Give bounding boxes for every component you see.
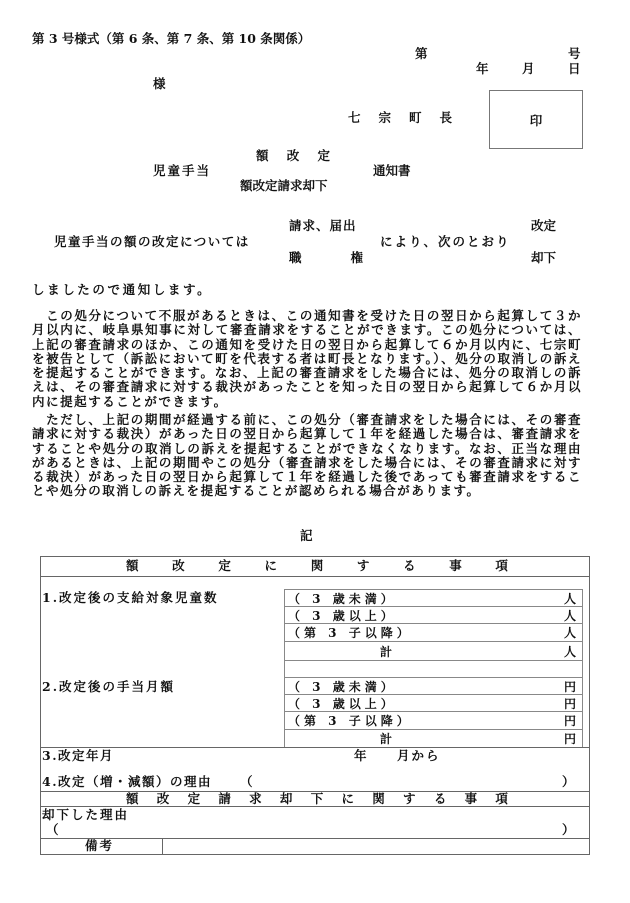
intro-char: 権: [350, 252, 363, 265]
remarks-divider: [162, 838, 163, 855]
title-option-top: 額 改 定: [256, 150, 330, 163]
row-unit: 人: [564, 624, 576, 641]
header-char: 定: [188, 793, 201, 806]
title-char: 改: [287, 150, 300, 163]
row-label: （ 3 歳未満）: [288, 678, 397, 695]
item2-row-under3: （ 3 歳未満） 円: [288, 678, 576, 694]
header-char: 額: [126, 560, 139, 573]
header-char: に: [265, 560, 278, 573]
table-border-left: [40, 556, 41, 855]
appeal-notice-paragraph-1: この処分について不服があるときは、この通知書を受けた日の翌日から起算して３か月以…: [32, 309, 582, 409]
header-char: 却: [280, 793, 293, 806]
title-char: 定: [317, 150, 330, 163]
item1-label: 1.改定後の支給対象児童数: [42, 592, 219, 605]
inner-box-line: [284, 660, 583, 661]
section-header-rejection: 額 改 定 請 求 却 下 に 関 す る 事 項: [126, 793, 508, 806]
appeal-notice-paragraph-2: ただし、上記の期間が経過する前に、この処分（審査請求をした場合には、その審査請求…: [32, 413, 582, 499]
header-char: 額: [126, 793, 139, 806]
table-border-top: [40, 556, 590, 557]
rejection-close-paren: ）: [562, 824, 575, 837]
form-number: 第 3 号様式（第 6 条、第 7 条、第 10 条関係）: [32, 33, 310, 46]
title-left: 児童手当: [153, 165, 211, 178]
header-char: 下: [311, 793, 324, 806]
intro-option-b-top: 改定: [531, 220, 556, 233]
recipient-suffix: 様: [153, 78, 166, 91]
intro-char: 職: [289, 252, 302, 265]
table-divider: [40, 576, 590, 577]
issuer-name: 七 宗 町 長: [348, 112, 452, 125]
date-year: 年: [476, 63, 489, 76]
seal-box: 印: [489, 90, 583, 149]
row-label: （第 3 子以降）: [288, 624, 413, 641]
issuer-char: 町: [409, 112, 422, 125]
row-label: 計: [380, 730, 396, 747]
item3-year: 年: [354, 750, 367, 763]
inner-box-right: [582, 589, 583, 747]
intro-option-a-top: 請求、届出: [289, 220, 357, 233]
table-border-right: [589, 556, 590, 855]
item4-label: 4.改定（増・減額）の理由: [42, 776, 212, 789]
title-option-bottom: 額改定請求却下: [240, 180, 328, 193]
item2-label: 2.改定後の手当月額: [42, 681, 175, 694]
header-char: 事: [465, 793, 478, 806]
section-header-revision: 額 改 定 に 関 す る 事 項: [126, 560, 508, 573]
row-unit: 人: [564, 607, 576, 624]
header-char: 項: [495, 560, 508, 573]
item4-open-paren: （: [240, 776, 253, 789]
header-char: す: [403, 793, 416, 806]
row-label: （ 3 歳以上）: [288, 607, 397, 624]
issuer-char: 七: [348, 112, 361, 125]
header-char: に: [341, 793, 354, 806]
title-char: 額: [256, 150, 269, 163]
issuer-char: 宗: [378, 112, 391, 125]
date-month: 月: [522, 63, 535, 76]
intro-middle: により、次のとおり: [380, 236, 511, 249]
item2-row-over3: （ 3 歳以上） 円: [288, 695, 576, 711]
issuer-char: 長: [439, 112, 452, 125]
intro-closing: しましたので通知します。: [32, 284, 212, 297]
item2-row-total: 計 円: [288, 730, 576, 747]
header-char: 請: [218, 793, 231, 806]
intro-option-a-bottom: 職 権: [289, 252, 363, 265]
table-border-bottom: [40, 854, 590, 855]
intro-option-b-bottom: 却下: [531, 252, 556, 265]
seal-label: 印: [530, 111, 543, 129]
row-label: 計: [380, 643, 396, 660]
header-char: 関: [311, 560, 324, 573]
date-day: 日: [568, 63, 581, 76]
item1-row-under3: （ 3 歳未満） 人: [288, 590, 576, 606]
doc-number-suffix: 号: [568, 48, 581, 61]
row-unit: 円: [564, 695, 576, 712]
row-unit: 人: [564, 590, 576, 607]
row-unit: 人: [564, 643, 576, 660]
header-char: 定: [218, 560, 231, 573]
row-label: （ 3 歳未満）: [288, 590, 397, 607]
header-char: 改: [157, 793, 170, 806]
row-unit: 円: [564, 730, 576, 747]
rejection-reason-label: 却下した理由: [42, 809, 129, 822]
item2-row-third-child: （第 3 子以降） 円: [288, 712, 576, 729]
item1-row-over3: （ 3 歳以上） 人: [288, 607, 576, 623]
doc-number-prefix: 第: [415, 48, 428, 61]
header-char: 項: [495, 793, 508, 806]
header-char: る: [403, 560, 416, 573]
header-char: 改: [172, 560, 185, 573]
title-right: 通知書: [373, 165, 411, 178]
row-label: （ 3 歳以上）: [288, 695, 397, 712]
rejection-open-paren: （: [46, 824, 59, 837]
inner-box-left: [284, 589, 285, 747]
header-char: す: [357, 560, 370, 573]
item1-row-total: 計 人: [288, 642, 576, 660]
remarks-label: 備考: [85, 840, 114, 853]
item3-month-from: 月から: [397, 750, 441, 763]
table-divider: [40, 747, 590, 748]
row-unit: 円: [564, 678, 576, 695]
item3-label: 3.改定年月: [42, 750, 114, 763]
intro-lead: 児童手当の額の改定については: [54, 236, 250, 249]
header-char: 求: [249, 793, 262, 806]
header-char: る: [434, 793, 447, 806]
row-unit: 円: [564, 712, 576, 729]
item1-row-third-child: （第 3 子以降） 人: [288, 624, 576, 641]
header-char: 事: [449, 560, 462, 573]
remarks-field[interactable]: [164, 839, 588, 854]
row-label: （第 3 子以降）: [288, 712, 413, 729]
header-char: 関: [372, 793, 385, 806]
ki-label: 記: [300, 530, 313, 543]
item4-close-paren: ）: [562, 776, 575, 789]
